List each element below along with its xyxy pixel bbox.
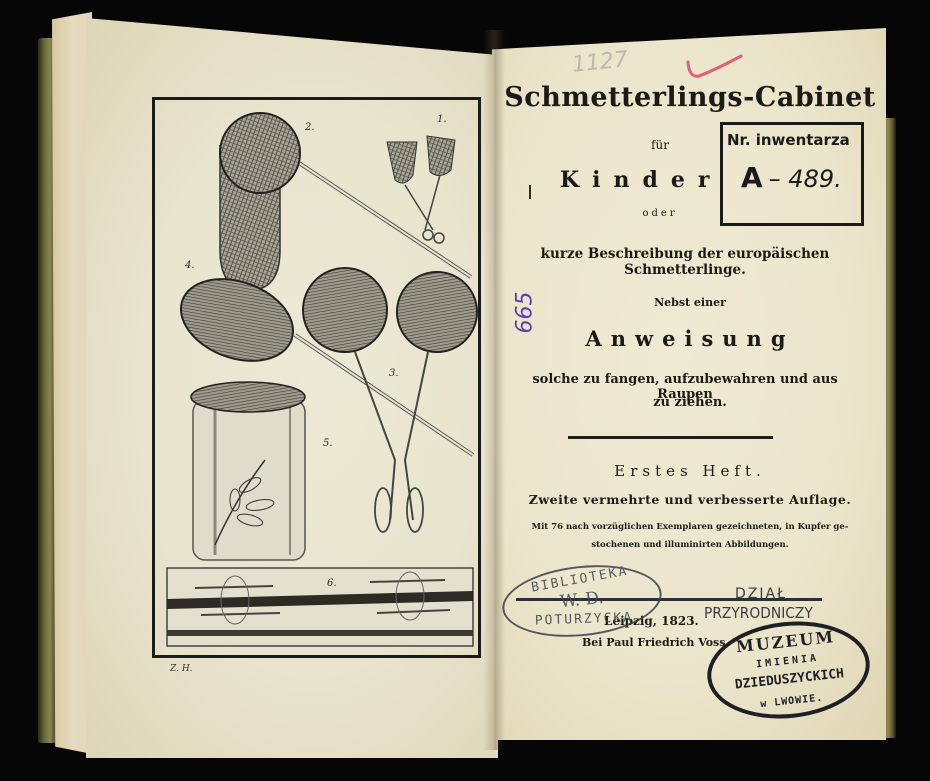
figure-number-6: 6. [327,578,337,589]
engraving-illustration [155,100,478,655]
inventory-letter: A [741,161,763,194]
edition-note: Zweite vermehrte und verbesserte Auflage… [505,492,875,507]
figure-number-2: 2. [305,122,315,133]
figure-number-5: 5. [323,438,333,449]
title-oder: oder [630,208,690,219]
illustrations-note-line1: Mit 76 nach vorzüglichen Exemplaren geze… [505,522,875,532]
title-fuer: für [630,138,690,152]
inventory-digits: – 489. [769,165,842,193]
przyrodniczy-stamp: PRZYRODNICZY [704,604,813,622]
inventory-stamp: Nr. inwentarza A– 489. [720,122,864,226]
red-check-mark-icon [685,52,745,82]
title-anweisung: Anweisung [500,326,880,351]
engraved-plate: 2. 1. 4. 3. 5. 6. [152,97,481,658]
book-gutter [483,30,505,750]
book-title: Schmetterlings-Cabinet [500,82,880,113]
engraver-signature: Z. H. [170,664,193,674]
book-subtitle: kurze Beschreibung der europäischen Schm… [510,246,860,278]
dzial-stamp: DZIAŁ [735,586,787,602]
inventory-label: Nr. inwentarza [727,131,850,149]
figure-number-3: 3. [389,368,399,379]
figure-number-4: 4. [185,260,195,271]
volume-heft: Erstes Heft. [500,462,880,480]
inventory-number: A– 489. [741,161,842,194]
title-nebst: Nebst einer [500,296,880,309]
illustrations-note-line2: stochenen und illuminirten Abbildungen. [500,540,880,550]
book-scan: 2. 1. 4. 3. 5. 6. Z. H. 1127 Schmetterli… [0,0,930,781]
title-kinder: Kinder [560,167,730,193]
title-divider [568,436,773,439]
figure-number-1: 1. [437,114,447,125]
ink-mark [529,185,531,199]
title-description-line2: zu ziehen. [500,395,880,410]
